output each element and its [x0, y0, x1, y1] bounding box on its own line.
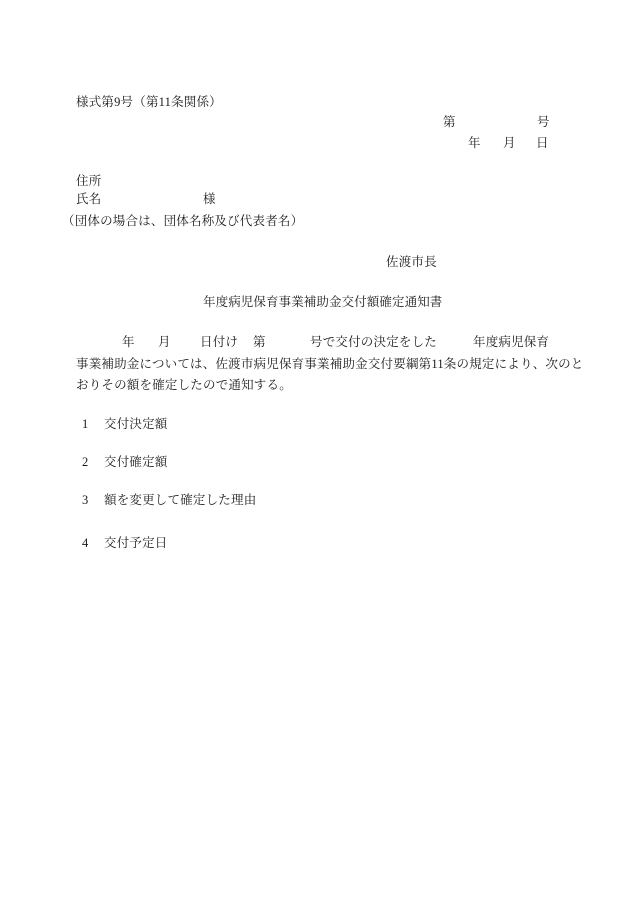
item-label: 交付確定額 [104, 455, 168, 469]
sender-name: 佐渡市長 [386, 255, 437, 269]
body-day-label: 日付け [200, 335, 238, 349]
item-label: 交付決定額 [104, 417, 168, 431]
body-doc-no-prefix: 第 [253, 335, 266, 349]
item-label: 額を変更して確定した理由 [104, 493, 256, 507]
list-item-grant-confirmed-amount: 2 交付確定額 [76, 455, 496, 469]
doc-number-prefix: 第 [443, 115, 456, 129]
recipient-organization-note: （団体の場合は、団体名称及び代表者名） [62, 214, 303, 228]
item-number: 3 [82, 493, 88, 507]
issue-date-year-label: 年 [468, 136, 481, 150]
item-number: 1 [82, 417, 88, 431]
body-paragraph-line-3: おりその額を確定したので通知する。 [76, 378, 292, 392]
recipient-address-label: 住所 [76, 174, 101, 188]
document-title: 年度病児保育事業補助金交付額確定通知書 [203, 295, 442, 309]
body-fiscal-year-text: 年度病児保育 [473, 335, 549, 349]
body-year-label: 年 [122, 335, 135, 349]
body-paragraph-line-2: 事業補助金については、佐渡市病児保育事業補助金交付要綱第11条の規定により、次の… [76, 357, 584, 371]
list-item-amount-change-reason: 3 額を変更して確定した理由 [76, 493, 496, 507]
issue-date-day-label: 日 [536, 136, 549, 150]
body-paragraph-line-1: 年 月 日付け 第 号で交付の決定をした 年度病児保育 [76, 335, 576, 349]
item-number: 4 [82, 536, 88, 550]
doc-number-suffix: 号 [537, 115, 550, 129]
list-item-grant-scheduled-date: 4 交付予定日 [76, 536, 496, 550]
recipient-honorific: 様 [203, 192, 216, 206]
issue-date-month-label: 月 [503, 136, 516, 150]
recipient-name-label: 氏名 [76, 192, 101, 206]
item-number: 2 [82, 455, 88, 469]
issue-date-line: 年 月 日 [468, 136, 558, 150]
list-item-grant-decision-amount: 1 交付決定額 [76, 417, 496, 431]
recipient-name-line: 氏名 様 [76, 192, 336, 206]
body-doc-no-suffix: 号で交付の決定をした [310, 335, 437, 349]
item-label: 交付予定日 [104, 536, 168, 550]
form-number: 様式第9号（第11条関係） [76, 95, 222, 109]
document-page: 様式第9号（第11条関係） 第 号 年 月 日 住所 氏名 様 （団体の場合は、… [0, 0, 630, 903]
doc-number-line: 第 号 [443, 115, 553, 129]
body-month-label: 月 [158, 335, 171, 349]
